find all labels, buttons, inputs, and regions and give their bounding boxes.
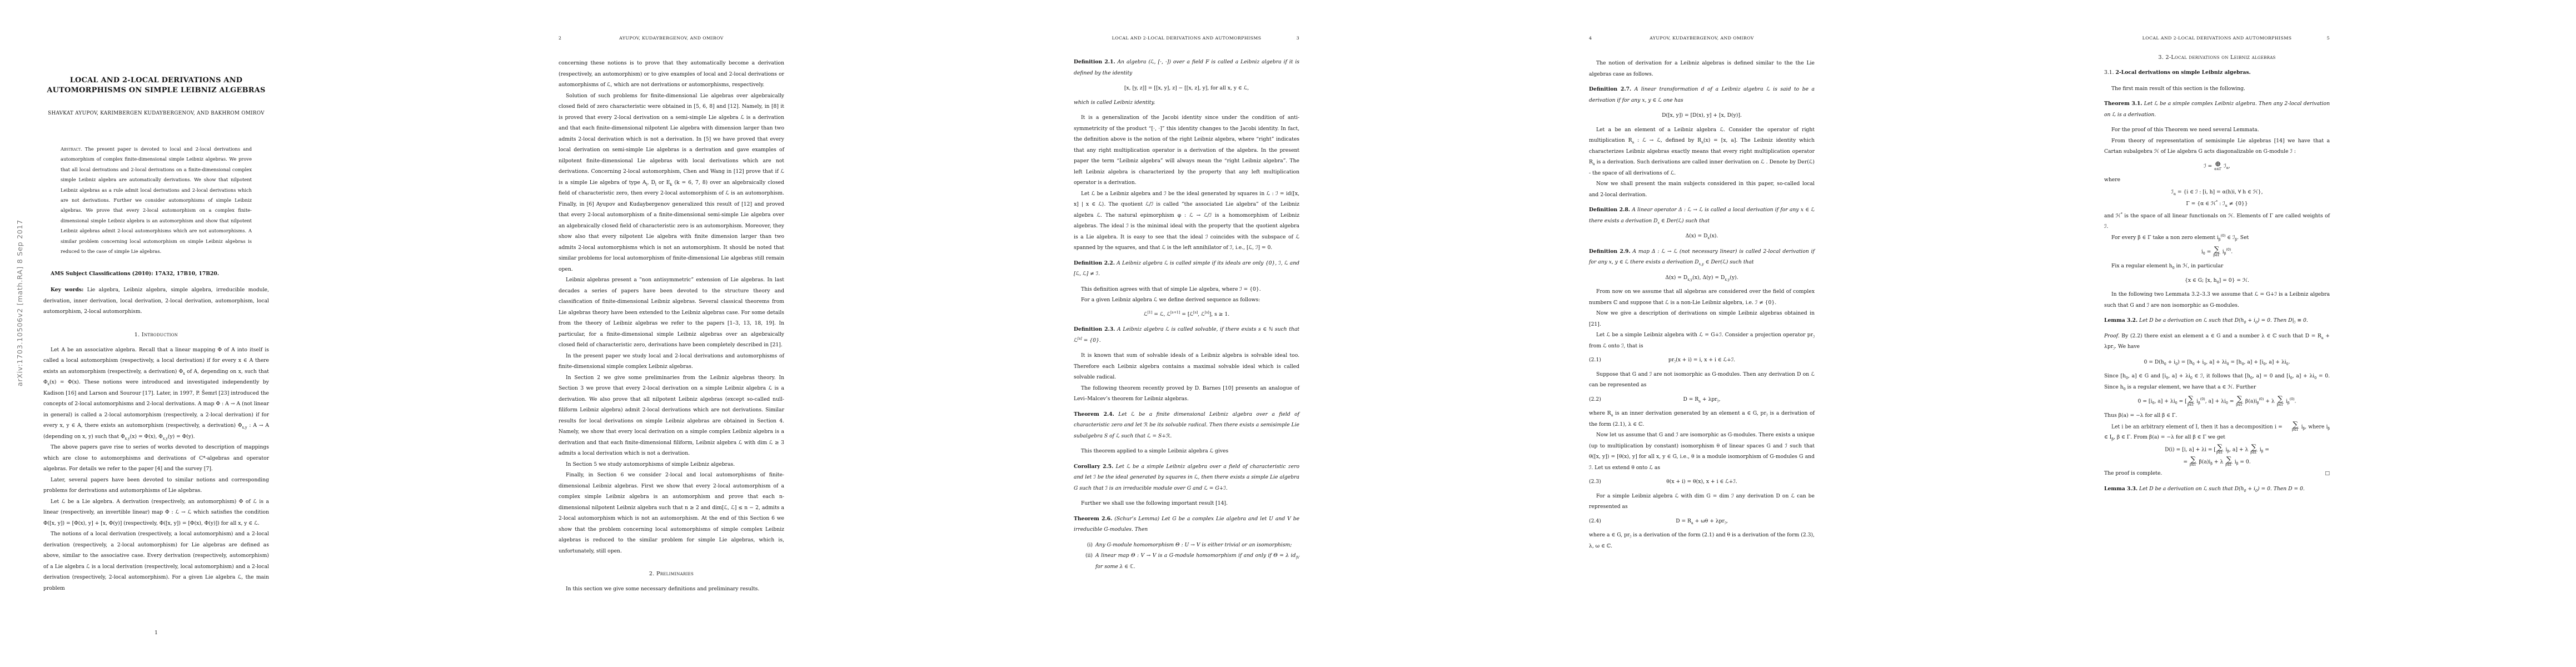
running-head: LOCAL AND 2-LOCAL DERIVATIONS AND AUTOMO… xyxy=(2104,36,2330,42)
paragraph: From theory of representation of semisim… xyxy=(2104,136,2330,157)
display-formula: {x ∈ G; [x, h0] = 0} = ℋ. xyxy=(2104,275,2330,286)
paragraph: For a given Leibniz algebra ℒ we define … xyxy=(1074,295,1299,306)
paragraph: In Section 2 we give some preliminaries … xyxy=(559,372,784,459)
page-number: 3 xyxy=(1297,36,1299,41)
display-formula: [x, [y, z]] = [[x, y], z] − [[x, z], y],… xyxy=(1074,83,1299,94)
running-head: LOCAL AND 2-LOCAL DERIVATIONS AND AUTOMO… xyxy=(1074,36,1299,42)
qed-symbol: □ xyxy=(2325,468,2330,479)
equation-tag: (2.2) xyxy=(1589,394,1601,405)
authors: SHAVKAT AYUPOV, KARIMBERGEN KUDAYBERGENO… xyxy=(43,111,269,116)
theorem-3-1: Theorem 3.1. Let ℒ be a simple complex L… xyxy=(2104,98,2330,120)
list-item-tag: (i) xyxy=(1074,540,1095,551)
definition-2-8: Definition 2.8. A linear operator Δ : ℒ … xyxy=(1589,205,1815,226)
list-item-ii: (ii)A linear map Θ : V → V is a G-module… xyxy=(1074,550,1299,572)
paragraph: This definition agrees with that of simp… xyxy=(1074,284,1299,295)
paragraph: Now we shall present the main subjects c… xyxy=(1589,178,1815,200)
abstract-text: The present paper is devoted to local an… xyxy=(61,146,252,254)
arxiv-stamp: arXiv:1703.10506v2 [math.RA] 8 Sep 2017 xyxy=(16,142,24,464)
equation-body: D = Ra + ωθ + λprℐ, xyxy=(1676,518,1728,524)
paragraph: Further we shall use the following impor… xyxy=(1074,498,1299,509)
display-formula: Δ(x) = Dx(x). xyxy=(1589,231,1815,242)
paragraph: Leibniz algebras present a ”non antisymm… xyxy=(559,275,784,351)
page-number: 5 xyxy=(2327,36,2330,41)
list-item-text: Any G-module homomorphism Θ : U → V is e… xyxy=(1095,540,1299,551)
proof-end: The proof is complete.□ xyxy=(2104,468,2330,479)
paragraph: Now let us assume that G and ℐ are isomo… xyxy=(1589,430,1815,473)
subsection-heading: 3.1. 2-Local derivations on simple Leibn… xyxy=(2104,67,2330,78)
paragraph: Since [h0, a] ∈ G and [i0, a] + λi0 ∈ ℐ,… xyxy=(2104,371,2330,392)
numbered-equation: (2.4)D = Ra + ωθ + λprℐ, xyxy=(1589,516,1815,527)
section-heading-introduction: 1. Introduction xyxy=(43,332,269,338)
definition-continuation: which is called Leibniz identity. xyxy=(1074,97,1299,108)
theorem-label: Theorem 3.1. xyxy=(2104,101,2142,107)
paragraph: For the proof of this Theorem we need se… xyxy=(2104,125,2330,136)
page-number: 4 xyxy=(1589,36,1592,41)
corollary-2-5: Corollary 2.5. Let ℒ be a simple Leibniz… xyxy=(1074,461,1299,494)
equation-body: prℐ(x + i) = i, x + i ∈ ℒ∔ℐ. xyxy=(1668,357,1735,363)
definition-label: Definition 2.9. xyxy=(1589,248,1631,255)
definition-text: which is called Leibniz identity. xyxy=(1074,99,1155,106)
paragraph: It is known that sum of solvable ideals … xyxy=(1074,350,1299,383)
running-head-text: LOCAL AND 2-LOCAL DERIVATIONS AND AUTOMO… xyxy=(2142,36,2292,41)
paragraph: Let ℒ be a simple Leibniz algebra with ℒ… xyxy=(1589,330,1815,351)
paragraph: Fix a regular element h0 in ℋ, in partic… xyxy=(2104,261,2330,272)
lemma-text: Let D be a derivation on ℒ such that D(h… xyxy=(2139,317,2308,323)
paragraph: Later, several papers have been devoted … xyxy=(43,475,269,496)
definition-label: Definition 2.8. xyxy=(1589,207,1630,213)
definition-2-7: Definition 2.7. A linear transformation … xyxy=(1589,84,1815,106)
page-1-content: LOCAL AND 2-LOCAL DERIVATIONS AND AUTOMO… xyxy=(43,36,269,594)
display-formula: 0 = [i0, a] + λi0 = [∑β∈Γ iβ(0), a] + λi… xyxy=(2104,396,2330,407)
page-4: 4 AYUPOV, KUDAYBERGENOV, AND OMIROV The … xyxy=(1546,0,2061,667)
equation-tag: (2.1) xyxy=(1589,355,1601,366)
running-head: 2 AYUPOV, KUDAYBERGENOV, AND OMIROV xyxy=(559,36,784,42)
paragraph: From now on we assume that all algebras … xyxy=(1589,286,1815,308)
page-2: 2 AYUPOV, KUDAYBERGENOV, AND OMIROV conc… xyxy=(515,0,1030,667)
abstract-label: Abstract. xyxy=(61,146,82,152)
equation-body: D = Ra + λprℐ, xyxy=(1683,396,1720,402)
page-number: 1 xyxy=(43,630,269,636)
definition-2-2: Definition 2.2. A Leibniz algebra ℒ is c… xyxy=(1074,258,1299,280)
list-item-text: A linear map Θ : V → V is a G-module hom… xyxy=(1095,550,1299,572)
definition-label: Definition 2.2. xyxy=(1074,260,1115,266)
paragraph: The above papers gave rise to series of … xyxy=(43,442,269,475)
section-heading-preliminaries: 2. Preliminaries xyxy=(559,571,784,577)
running-head-text: LOCAL AND 2-LOCAL DERIVATIONS AND AUTOMO… xyxy=(1112,36,1262,41)
theorem-2-4: Theorem 2.4. Let ℒ be a finite dimension… xyxy=(1074,409,1299,442)
paragraph: Finally, in Section 6 we consider 2-loca… xyxy=(559,470,784,556)
display-formula: Δ(x) = Dx,y(x), Δ(y) = Dx,y(y). xyxy=(1589,272,1815,283)
section-heading-2-local: 3. 2-Local derivations on Leibniz algebr… xyxy=(2104,54,2330,61)
display-formula: D(i) = [i, a] + λi = [∑β∈Γ iβ, a] + λ ∑β… xyxy=(2104,444,2330,455)
paragraph: In this section we give some necessary d… xyxy=(559,584,784,595)
paper-pages: arXiv:1703.10506v2 [math.RA] 8 Sep 2017 … xyxy=(0,0,2576,667)
lemma-text: Let D be a derivation on ℒ such that D(h… xyxy=(2139,486,2305,492)
proof: Proof. By (2.2) there exist an element a… xyxy=(2104,331,2330,352)
equation-tag: (2.4) xyxy=(1589,516,1601,527)
paragraph: Let i be an arbitrary element of I, then… xyxy=(2104,421,2330,443)
theorem-2-6: Theorem 2.6. (Schur’s Lemma) Let G be a … xyxy=(1074,514,1299,535)
display-formula: D([x, y]) = [D(x), y] + [x, D(y)]. xyxy=(1589,110,1815,121)
paper-title: LOCAL AND 2-LOCAL DERIVATIONS AND AUTOMO… xyxy=(43,76,269,95)
paragraph: Let A be an associative algebra. Recall … xyxy=(43,345,269,442)
display-formula: ℐα = {i ∈ ℐ : [i, h] = α(h)i, ∀ h ∈ ℋ}, xyxy=(2104,187,2330,198)
numbered-equation: (2.3)θ(x + i) = θ(x), x + i ∈ ℒ∔ℐ. xyxy=(1589,476,1815,487)
theorem-label: Theorem 2.6. xyxy=(1074,516,1112,522)
paragraph: where a ∈ G, prℐ is a derivation of the … xyxy=(1589,530,1815,551)
paragraph: The notions of a local derivation (respe… xyxy=(43,529,269,594)
page-5: LOCAL AND 2-LOCAL DERIVATIONS AND AUTOMO… xyxy=(2061,0,2576,667)
paragraph: where xyxy=(2104,175,2330,186)
running-head-text: AYUPOV, KUDAYBERGENOV, AND OMIROV xyxy=(1650,36,1754,41)
equation-tag: (2.3) xyxy=(1589,476,1601,487)
definition-2-1: Definition 2.1. An algebra (ℒ, [·, ·]) o… xyxy=(1074,57,1299,78)
display-formula: ℐ = ⊕α∈Γ ℐα, xyxy=(2104,161,2330,172)
page-2-content: 2 AYUPOV, KUDAYBERGENOV, AND OMIROV conc… xyxy=(559,36,784,595)
paragraph: In Section 5 we study automorphisms of s… xyxy=(559,459,784,470)
paragraph: The following theorem recently proved by… xyxy=(1074,383,1299,405)
running-head-text: AYUPOV, KUDAYBERGENOV, AND OMIROV xyxy=(619,36,724,41)
proof-label: Proof. xyxy=(2104,333,2120,339)
definition-2-3: Definition 2.3. A Leibniz algebra ℒ is c… xyxy=(1074,324,1299,346)
display-formula: Γ = {α ∈ ℋ* : ℐα ≠ {0}} xyxy=(2104,198,2330,210)
page-1: arXiv:1703.10506v2 [math.RA] 8 Sep 2017 … xyxy=(0,0,515,667)
list-item-tag: (ii) xyxy=(1074,550,1095,572)
definition-label: Definition 2.3. xyxy=(1074,326,1115,332)
page-5-content: LOCAL AND 2-LOCAL DERIVATIONS AND AUTOMO… xyxy=(2104,36,2330,499)
lemma-label: Lemma 3.3. xyxy=(2104,486,2137,492)
paragraph: For a simple Leibniz algebra ℒ with dim … xyxy=(1589,491,1815,512)
proof-complete-text: The proof is complete. xyxy=(2104,468,2162,479)
subsection-number: 3.1. xyxy=(2104,69,2114,76)
abstract: Abstract. The present paper is devoted t… xyxy=(61,144,252,256)
keywords: Key words: Lie algebra, Leibniz algebra,… xyxy=(43,285,269,317)
proof-text: By (2.2) there exist an element a ∈ G an… xyxy=(2104,333,2330,350)
paragraph: It is a generalization of the Jacobi ide… xyxy=(1074,112,1299,188)
lemma-label: Lemma 3.2. xyxy=(2104,317,2137,323)
display-formula: ℒ[1] = ℒ, ℒ[s+1] = [ℒ[s], ℒ[s]], s ≥ 1. xyxy=(1074,309,1299,320)
lemma-3-2: Lemma 3.2. Let D be a derivation on ℒ su… xyxy=(2104,315,2330,326)
paragraph: The notion of derivation for a Leibniz a… xyxy=(1589,58,1815,79)
paragraph: In the following two Lemmata 3.2–3.3 we … xyxy=(2104,289,2330,311)
definition-label: Definition 2.1. xyxy=(1074,59,1115,65)
display-formula: = ∑β∈Γ β(a)iβ + λ ∑β∈Γ iβ = 0. xyxy=(2104,456,2330,467)
definition-label: Definition 2.7. xyxy=(1589,86,1631,92)
paragraph: Let a be an element of a Leibniz algebra… xyxy=(1589,125,1815,179)
paragraph: Let ℒ be a Lie algebra. A derivation (re… xyxy=(43,496,269,529)
running-head: 4 AYUPOV, KUDAYBERGENOV, AND OMIROV xyxy=(1589,36,1815,42)
page-3-content: LOCAL AND 2-LOCAL DERIVATIONS AND AUTOMO… xyxy=(1074,36,1299,572)
paragraph: This theorem applied to a simple Leibniz… xyxy=(1074,446,1299,457)
paragraph: and ℋ* is the space of all linear functi… xyxy=(2104,211,2330,232)
definition-2-9: Definition 2.9. A map Δ : ℒ → ℒ (not nec… xyxy=(1589,246,1815,268)
page-4-content: 4 AYUPOV, KUDAYBERGENOV, AND OMIROV The … xyxy=(1589,36,1815,551)
display-formula: i0 = ∑β∈Γ iβ(0). xyxy=(2104,246,2330,257)
numbered-equation: (2.1)prℐ(x + i) = i, x + i ∈ ℒ∔ℐ. xyxy=(1589,355,1815,366)
lemma-3-3: Lemma 3.3. Let D be a derivation on ℒ su… xyxy=(2104,484,2330,495)
paragraph: Suppose that G and ℐ are not isomorphic … xyxy=(1589,369,1815,391)
page-3: LOCAL AND 2-LOCAL DERIVATIONS AND AUTOMO… xyxy=(1030,0,1546,667)
paragraph: In the present paper we study local and … xyxy=(559,351,784,372)
keywords-label: Key words: xyxy=(51,287,83,293)
paragraph: Thus β(a) = −λ for all β ∈ Γ. xyxy=(2104,410,2330,421)
list-item-i: (i)Any G-module homomorphism Θ : U → V i… xyxy=(1074,540,1299,551)
paragraph: Now we give a description of derivations… xyxy=(1589,308,1815,330)
subsection-title: 2-Local derivations on simple Leibniz al… xyxy=(2115,69,2250,76)
paragraph: The first main result of this section is… xyxy=(2104,83,2330,94)
display-formula: 0 = D(h0 + i0) = [h0 + i0, a] + λi0 = [h… xyxy=(2104,357,2330,368)
paragraph: where Ra is an inner derivation generate… xyxy=(1589,408,1815,430)
paragraph: Let ℒ be a Leibniz algebra and ℐ be the … xyxy=(1074,188,1299,253)
paragraph: For every β ∈ Γ take a non zero element … xyxy=(2104,232,2330,243)
equation-body: θ(x + i) = θ(x), x + i ∈ ℒ∔ℐ. xyxy=(1666,479,1737,485)
numbered-equation: (2.2)D = Ra + λprℐ, xyxy=(1589,394,1815,405)
theorem-label: Theorem 2.4. xyxy=(1074,411,1114,417)
paragraph: concerning these notions is to prove tha… xyxy=(559,58,784,91)
ams-classification: AMS Subject Classifications (2010): 17A3… xyxy=(43,268,269,280)
paragraph: Solution of such problems for finite-dim… xyxy=(559,91,784,275)
corollary-label: Corollary 2.5. xyxy=(1074,464,1113,470)
page-number: 2 xyxy=(559,36,561,41)
